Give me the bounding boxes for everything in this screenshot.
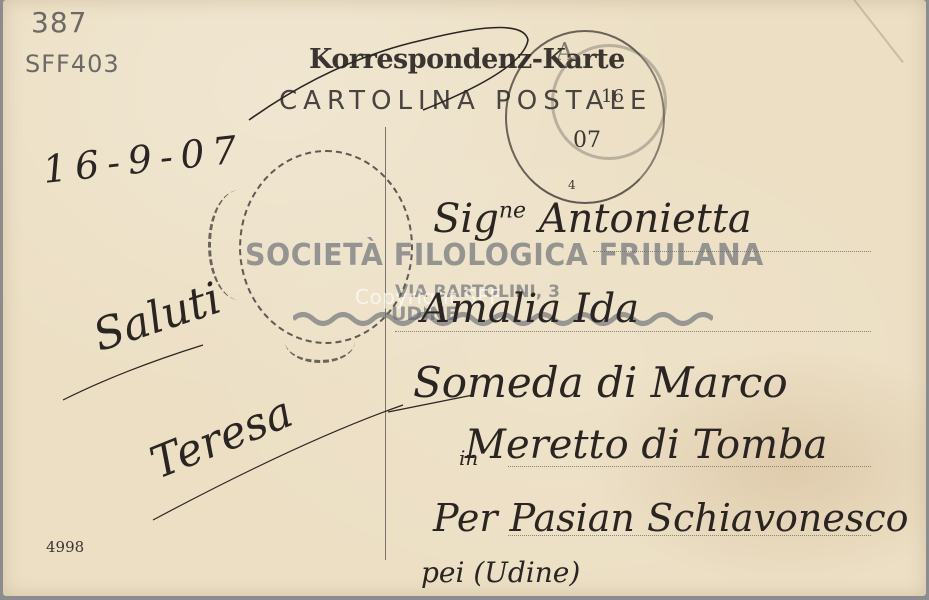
postmark-day: 16 — [601, 86, 624, 107]
address-via: Per Pasian Schiavonesco — [433, 496, 909, 540]
address-recipient-name: Antonietta — [539, 196, 752, 242]
address-recipient-title: Signe Antonietta — [433, 196, 752, 242]
address-title-prefix: Sig — [433, 196, 499, 242]
handwritten-signature: Teresa — [143, 386, 299, 489]
postmark-year: 07 — [573, 128, 601, 153]
institution-stamp-name: SOCIETÀ FILOLOGICA FRIULANA — [245, 238, 764, 273]
address-title-sup: ne — [499, 199, 526, 224]
address-recipient-family: Someda di Marco — [413, 358, 788, 407]
paper-crease — [853, 0, 904, 63]
address-province: pei (Udine) — [421, 556, 580, 589]
archive-code: SFF403 — [25, 50, 120, 78]
handwritten-date: 16-9-07 — [41, 127, 247, 192]
print-number: 4998 — [46, 538, 84, 556]
postcard-back: 387 SFF403 Korrespondenz-Karte CARTOLINA… — [3, 0, 926, 596]
postmark-bottom-mark: 4 — [568, 178, 576, 192]
address-location: Meretto di Tomba — [465, 422, 828, 468]
handwritten-greeting: Saluti — [87, 273, 227, 362]
postmark-letter: A — [556, 38, 573, 66]
archive-number: 387 — [31, 6, 87, 39]
address-recipient-names-2: Amalia Ida — [421, 286, 639, 332]
